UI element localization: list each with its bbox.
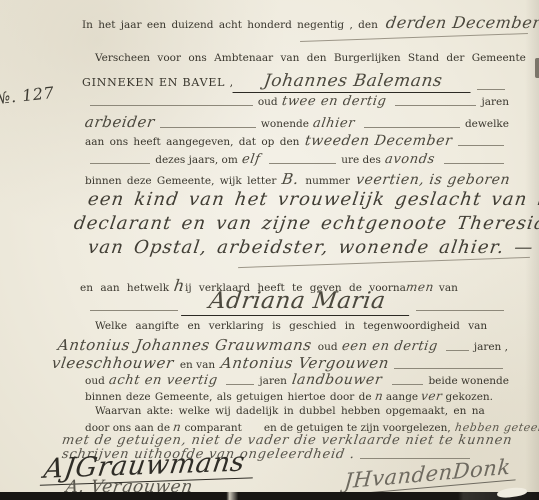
- witness2-age: acht en veertig: [108, 373, 219, 388]
- rule-line: [269, 163, 336, 164]
- rule-line: [395, 105, 476, 106]
- en-van-label: en van: [180, 359, 215, 371]
- closing-line1-row: Waarvan akte: welke wij dadelijk in dubb…: [95, 405, 485, 417]
- dash-line: [477, 89, 505, 90]
- child-names-row: Adriana Maria: [85, 288, 509, 314]
- wijk-label: binnen deze Gemeente, wijk letter: [85, 175, 276, 187]
- witness2-row: vleeschhouwer en van Antonius Vergouwen: [52, 354, 508, 372]
- witness-intro: Welke aangifte en verklaring is geschied…: [95, 320, 487, 332]
- jaren-label-w1: jaren ,: [474, 341, 508, 353]
- declaration-date-row: aan ons heeft aangegeven, dat op den twe…: [85, 133, 509, 149]
- appeared-line-row: Verscheen voor ons Ambtenaar van den Bur…: [95, 52, 526, 64]
- handwritten-n-1: n: [374, 389, 384, 403]
- declared-prefix: aan ons heeft aangegeven, dat op den: [85, 136, 299, 148]
- child-description-line3: van Opstal, arbeidster, wonende alhier. …: [87, 237, 536, 258]
- rule-line: [160, 127, 256, 128]
- year-line-row: In het jaar een duizend acht honderd neg…: [82, 13, 512, 32]
- witness2-age-row: oud acht en veertig jaren landbouwer bei…: [85, 372, 509, 388]
- rule-line: [364, 127, 460, 128]
- rule-line: [90, 105, 253, 106]
- rule-line: [458, 145, 504, 146]
- handwritten-n-2: n: [172, 420, 182, 434]
- birth-certificate-scan: №. 127 In het jaar een duizend acht hond…: [0, 0, 539, 500]
- beide-label: beide wonende: [428, 375, 509, 387]
- rule-line: [416, 310, 504, 311]
- dezes-label: dezes jaars, om: [155, 154, 238, 166]
- birth-hour: elf: [241, 152, 262, 167]
- aange-label: aange: [386, 391, 418, 403]
- wijk-letter: B.: [281, 170, 301, 188]
- paragraph-flourish-line: [238, 257, 530, 268]
- witness1-row: Antonius Johannes Grauwmans oud een en d…: [58, 336, 508, 354]
- municipality-label: GINNEKEN EN BAVEL ,: [82, 76, 234, 89]
- year-line-printed: In het jaar een duizend acht honderd neg…: [82, 19, 378, 31]
- handwritten-ver: ver: [420, 389, 443, 403]
- declarant-age-row: oud twee en dertig jaren: [85, 94, 509, 109]
- scan-bottom-band: [0, 492, 539, 500]
- closing-hw-line3-row: met de getuigen, niet de vader die verkl…: [62, 433, 512, 448]
- rule-line: [394, 368, 503, 369]
- nummer-label: nummer: [305, 175, 350, 187]
- witness2-occupation: landbouwer: [291, 372, 383, 388]
- date-flourish-underline: [300, 33, 528, 42]
- dash-line: [446, 350, 468, 351]
- rule-line: [90, 310, 178, 311]
- scan-edge-mark: [535, 58, 539, 78]
- dewelke-label: dewelke: [465, 118, 509, 130]
- ure-label: ure des: [341, 154, 381, 166]
- declarant-age: twee en dertig: [281, 94, 388, 109]
- jaren-label-w2: jaren: [259, 375, 287, 387]
- jaren-label: jaren: [481, 96, 509, 108]
- rule-line: [444, 163, 504, 164]
- oud-label: oud: [258, 96, 278, 108]
- witness-chosen-row: binnen deze Gemeente, als getuigen hiert…: [85, 389, 515, 403]
- rule-line: [90, 163, 150, 164]
- address-row: binnen deze Gemeente, wijk letter B. num…: [85, 170, 509, 188]
- oud-label-w2: oud: [85, 375, 105, 387]
- oud-label-w1: oud: [318, 341, 338, 353]
- chosen-prefix: binnen deze Gemeente, als getuigen hiert…: [85, 391, 372, 403]
- child-description-line1: een kind van het vrouwelijk geslacht van…: [87, 189, 539, 210]
- day-part: avonds: [384, 152, 436, 167]
- municipality-declarant-row: GINNEKEN EN BAVEL , Johannes Balemans: [82, 71, 510, 93]
- witness2-name: Antonius Vergouwen: [220, 354, 391, 372]
- dash-line: [226, 384, 254, 385]
- closing-hw-line3: met de getuigen, niet de vader die verkl…: [61, 433, 513, 448]
- closing-line1: Waarvan akte: welke wij dadelijk in dubb…: [95, 405, 485, 417]
- declarant-residence: alhier: [312, 116, 356, 131]
- witness-intro-row: Welke aangifte en verklaring is geschied…: [95, 320, 487, 332]
- occupation-residence-row: arbeider wonende alhier dewelke: [85, 113, 509, 131]
- handwritten-act-date: derden December: [385, 13, 539, 32]
- wonende-label: wonende: [261, 118, 309, 130]
- dash-line: [392, 384, 423, 385]
- gekozen-label: gekozen.: [446, 391, 493, 403]
- child-description-line2: declarant en van zijne echtgenoote There…: [73, 213, 539, 234]
- declarant-name: Johannes Balemans: [232, 71, 473, 93]
- child-names: Adriana Maria: [181, 288, 413, 316]
- declarant-occupation: arbeider: [84, 113, 156, 131]
- appeared-printed: Verscheen voor ons Ambtenaar van den Bur…: [95, 52, 526, 64]
- witness1-name: Antonius Johannes Grauwmans: [57, 336, 313, 354]
- witness1-occupation: vleeschhouwer: [51, 354, 175, 372]
- birth-date: tweeden December: [304, 133, 454, 149]
- house-number: veertien, is geboren: [355, 172, 511, 188]
- closing-line2-row: door ons aan de n comparant en de getuig…: [85, 420, 539, 434]
- act-number: №. 127: [0, 83, 55, 108]
- hour-row: dezes jaars, om elf ure des avonds: [85, 152, 509, 167]
- witness1-age: een en dertig: [341, 339, 439, 354]
